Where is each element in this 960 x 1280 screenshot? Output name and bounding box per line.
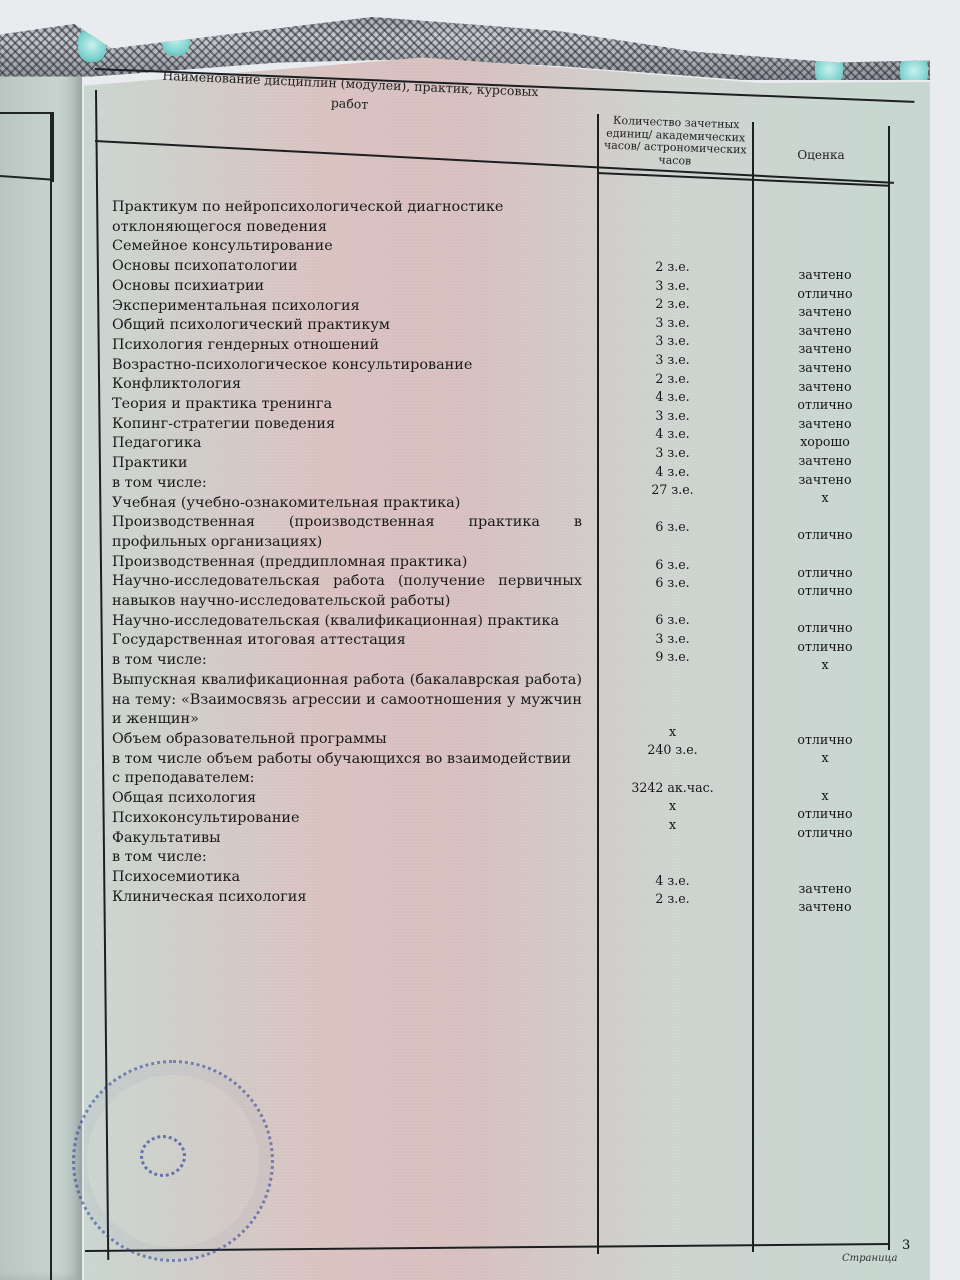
grade-value: зачтено bbox=[755, 471, 895, 490]
credits-value: 2 з.е. bbox=[600, 295, 745, 314]
grade-value: отлично bbox=[755, 805, 895, 824]
discipline-name: в том числе: bbox=[112, 848, 582, 868]
grade-value: зачтено bbox=[755, 303, 895, 322]
grade-value: зачтено bbox=[755, 340, 895, 359]
credits-value: 2 з.е. bbox=[600, 370, 745, 389]
credits-value: 4 з.е. bbox=[600, 425, 745, 444]
grade-value: x bbox=[755, 787, 895, 806]
discipline-name: Психоконсультирование bbox=[112, 809, 582, 829]
discipline-name: в том числе: bbox=[112, 474, 582, 494]
credits-value: 3 з.е. bbox=[600, 277, 745, 296]
grade-value: хорошо bbox=[755, 433, 895, 452]
discipline-name: Практики bbox=[112, 454, 582, 474]
discipline-name: в том числе объем работы обучающихся во … bbox=[112, 750, 582, 770]
discipline-name: в том числе: bbox=[112, 651, 582, 671]
discipline-name: Практикум по нейропсихологической диагно… bbox=[112, 198, 582, 218]
hologram-icon bbox=[162, 22, 190, 56]
official-seal-emblem bbox=[140, 1135, 186, 1177]
credits-value: 6 з.е. bbox=[600, 574, 745, 593]
credits-value: 6 з.е. bbox=[600, 611, 745, 630]
discipline-name: Объем образовательной программы bbox=[112, 730, 582, 750]
discipline-name: Основы психиатрии bbox=[112, 277, 582, 297]
left-page-edge bbox=[0, 40, 82, 1280]
credits-value: 240 з.е. bbox=[600, 741, 745, 760]
credits-value: 27 з.е. bbox=[600, 481, 745, 500]
grade-value: отлично bbox=[755, 526, 895, 545]
discipline-name: Экспериментальная психология bbox=[112, 297, 582, 317]
discipline-name: Возрастно-психологическое консультирован… bbox=[112, 356, 582, 376]
discipline-name: Выпускная квалификационная работа (бакал… bbox=[112, 671, 582, 730]
grade-value bbox=[755, 712, 895, 731]
column-header-grade: Оценка bbox=[754, 148, 888, 162]
discipline-name: Научно-исследовательская работа (получен… bbox=[112, 572, 582, 611]
credits-value: 4 з.е. bbox=[600, 388, 745, 407]
discipline-name: Основы психопатологии bbox=[112, 257, 582, 277]
column-divider-credits bbox=[597, 114, 599, 1254]
grade-value: x bbox=[755, 749, 895, 768]
grade-value: отлично bbox=[755, 564, 895, 583]
grade-value: x bbox=[755, 656, 895, 675]
column-header-credits: Количество зачетных единиц/ академически… bbox=[597, 114, 754, 169]
credits-value: 2 з.е. bbox=[600, 890, 745, 909]
left-page-border bbox=[50, 112, 52, 1280]
discipline-name: Психология гендерных отношений bbox=[112, 336, 582, 356]
discipline-name: Учебная (учебно-ознакомительная практика… bbox=[112, 494, 582, 514]
discipline-name: Производственная (производственная практ… bbox=[112, 513, 582, 552]
grade-value: зачтено bbox=[755, 378, 895, 397]
credits-value: 9 з.е. bbox=[600, 648, 745, 667]
grade-value bbox=[755, 508, 895, 527]
grade-value: отлично bbox=[755, 582, 895, 601]
credits-value bbox=[600, 593, 745, 612]
credits-value: 3 з.е. bbox=[600, 630, 745, 649]
discipline-name: Копинг-стратегии поведения bbox=[112, 415, 582, 435]
grade-value: зачтено bbox=[755, 452, 895, 471]
credits-value: x bbox=[600, 723, 745, 742]
grade-value: зачтено bbox=[755, 880, 895, 899]
grade-value bbox=[755, 768, 895, 787]
discipline-names-column: Практикум по нейропсихологической диагно… bbox=[112, 198, 582, 907]
grades-column: зачтеноотличнозачтенозачтенозачтенозачте… bbox=[755, 266, 895, 917]
credits-value bbox=[600, 537, 745, 556]
grade-value: зачтено bbox=[755, 898, 895, 917]
grade-value bbox=[755, 601, 895, 620]
credits-value: x bbox=[600, 816, 745, 835]
grade-value: отлично bbox=[755, 824, 895, 843]
grade-value: отлично bbox=[755, 396, 895, 415]
credits-value: 2 з.е. bbox=[600, 258, 745, 277]
grade-value bbox=[755, 842, 895, 861]
grade-value: x bbox=[755, 489, 895, 508]
grade-value: отлично bbox=[755, 638, 895, 657]
credits-value: 6 з.е. bbox=[600, 556, 745, 575]
grade-value: зачтено bbox=[755, 322, 895, 341]
grade-value bbox=[755, 545, 895, 564]
discipline-name: с преподавателем: bbox=[112, 769, 582, 789]
credits-column: 2 з.е.3 з.е.2 з.е.3 з.е.3 з.е.3 з.е.2 з.… bbox=[600, 258, 745, 909]
hologram-icon bbox=[815, 52, 843, 86]
grade-value: отлично bbox=[755, 731, 895, 750]
discipline-name: Производственная (преддипломная практика… bbox=[112, 553, 582, 573]
grade-value bbox=[755, 861, 895, 880]
discipline-name: Государственная итоговая аттестация bbox=[112, 631, 582, 651]
grade-value bbox=[755, 675, 895, 694]
discipline-name: Педагогика bbox=[112, 434, 582, 454]
page-label: Страница bbox=[842, 1253, 897, 1264]
credits-value: 3 з.е. bbox=[600, 351, 745, 370]
credits-value bbox=[600, 853, 745, 872]
grade-value: отлично bbox=[755, 285, 895, 304]
discipline-name: Факультативы bbox=[112, 829, 582, 849]
credits-value bbox=[600, 834, 745, 853]
grade-value: зачтено bbox=[755, 415, 895, 434]
credits-value bbox=[600, 686, 745, 705]
left-page-table-corner bbox=[0, 112, 54, 182]
credits-value bbox=[600, 667, 745, 686]
discipline-name: отклоняющегося поведения bbox=[112, 218, 582, 238]
discipline-name: Теория и практика тренинга bbox=[112, 395, 582, 415]
discipline-name: Общий психологический практикум bbox=[112, 316, 582, 336]
discipline-name: Конфликтология bbox=[112, 375, 582, 395]
credits-value bbox=[600, 704, 745, 723]
credits-value: 3 з.е. bbox=[600, 314, 745, 333]
credits-value: 4 з.е. bbox=[600, 872, 745, 891]
discipline-name: Научно-исследовательская (квалификационн… bbox=[112, 612, 582, 632]
grade-value bbox=[755, 694, 895, 713]
grade-value: отлично bbox=[755, 619, 895, 638]
credits-value bbox=[600, 500, 745, 519]
hologram-icon bbox=[78, 28, 106, 62]
credits-value: 4 з.е. bbox=[600, 463, 745, 482]
discipline-name: Психосемиотика bbox=[112, 868, 582, 888]
discipline-name: Семейное консультирование bbox=[112, 237, 582, 257]
page-number: 3 bbox=[902, 1238, 910, 1253]
discipline-name: Клиническая психология bbox=[112, 888, 582, 908]
credits-value: 3 з.е. bbox=[600, 407, 745, 426]
credits-value: 3 з.е. bbox=[600, 444, 745, 463]
credits-value: x bbox=[600, 797, 745, 816]
credits-value: 3 з.е. bbox=[600, 332, 745, 351]
credits-value: 3242 ак.час. bbox=[600, 779, 745, 798]
column-divider-grade bbox=[752, 122, 754, 1252]
discipline-name: Общая психология bbox=[112, 789, 582, 809]
credits-value bbox=[600, 760, 745, 779]
grade-value: зачтено bbox=[755, 266, 895, 285]
grade-value: зачтено bbox=[755, 359, 895, 378]
credits-value: 6 з.е. bbox=[600, 518, 745, 537]
